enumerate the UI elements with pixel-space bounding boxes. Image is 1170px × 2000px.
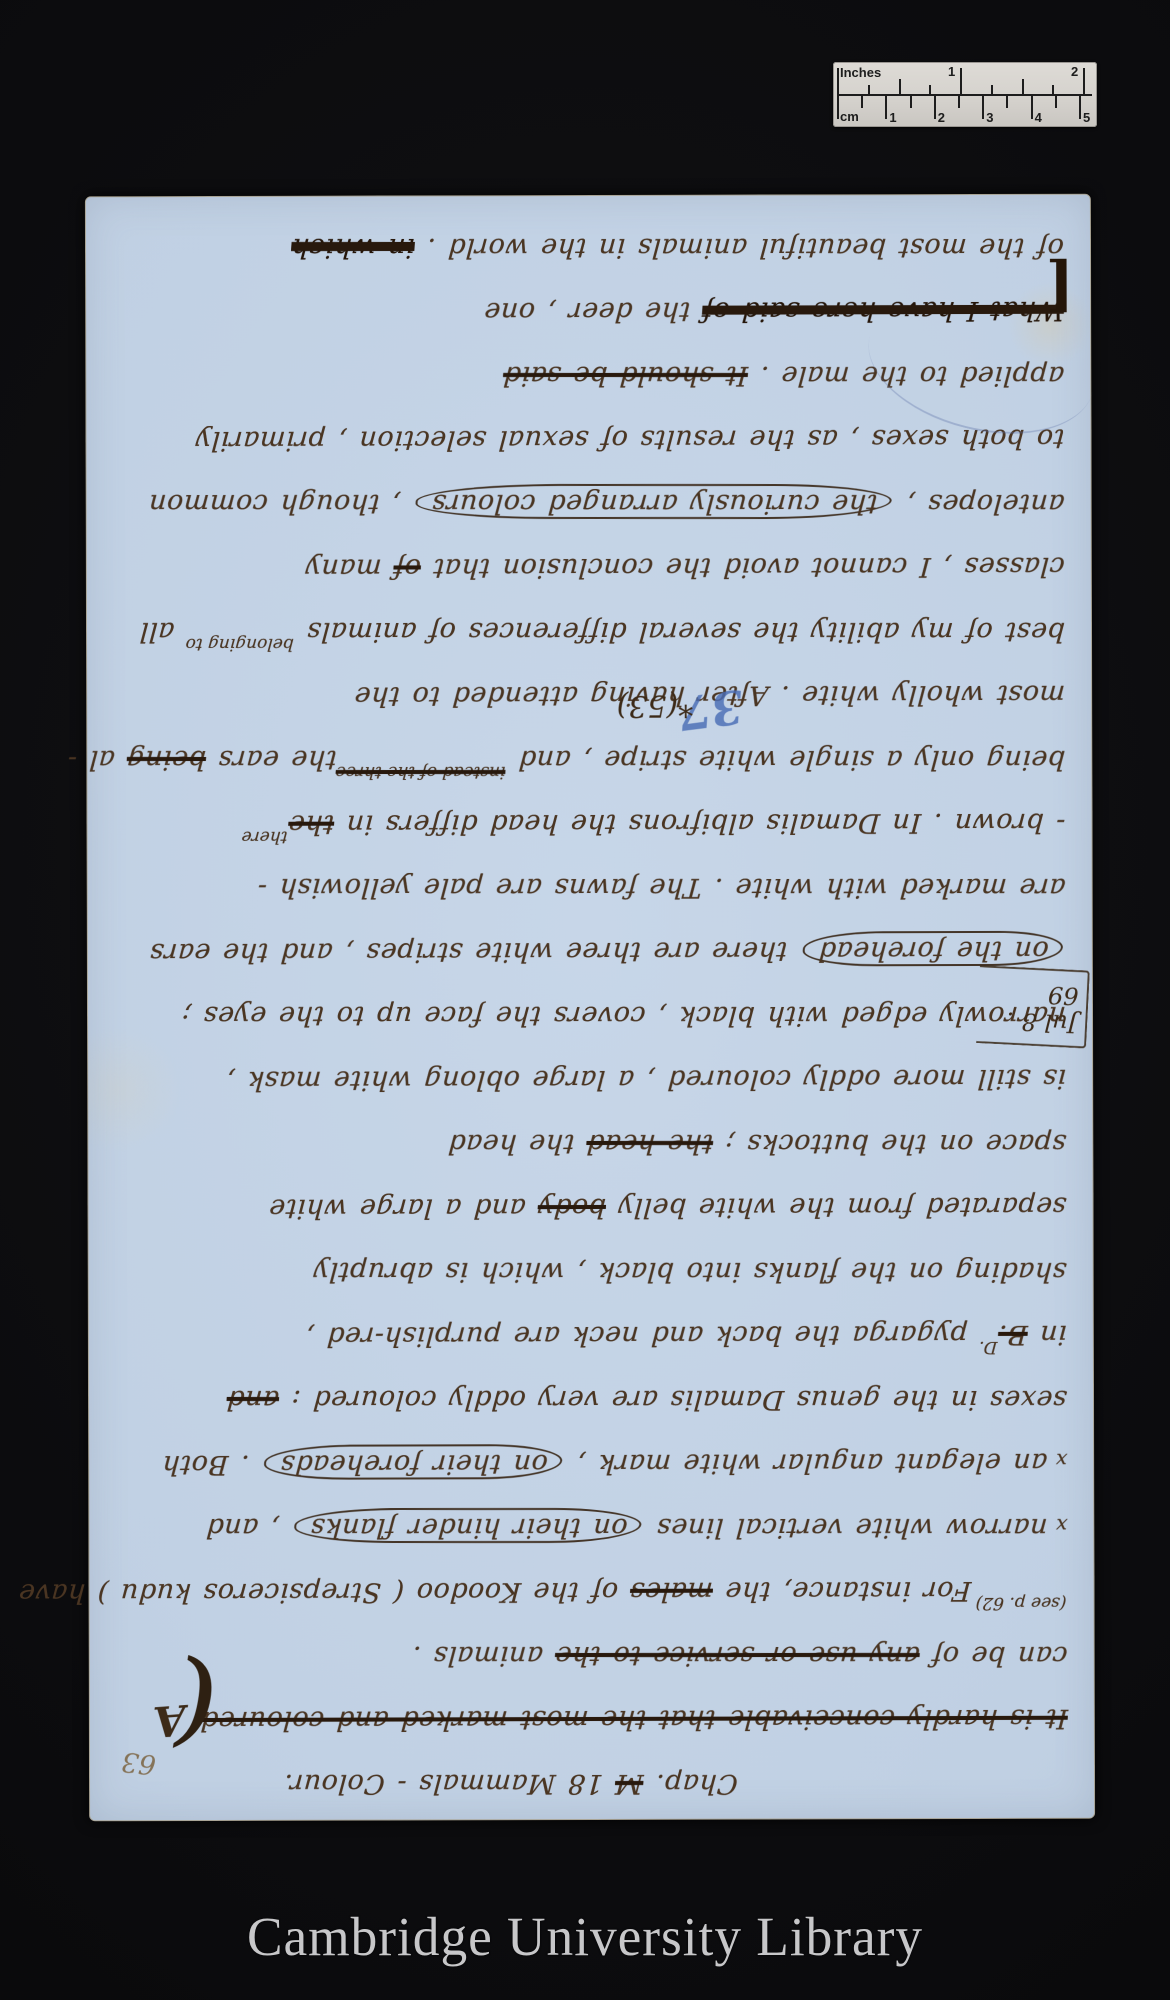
handwritten-line: antelopes , the curiously arranged colou… — [105, 469, 1067, 533]
handwritten-line: separated from the white belly body and … — [106, 1172, 1068, 1239]
folio-number: 63 — [120, 1745, 158, 1780]
ruler-inch-number: 1 — [948, 64, 955, 79]
ruler-cm-number: 4 — [1035, 110, 1042, 125]
handwritten-line: are marked with white . The fawns are pa… — [106, 853, 1068, 917]
handwritten-line: space on the buttocks ; the head the hea… — [106, 1109, 1068, 1173]
handwritten-line: on the forehead there are three white st… — [106, 916, 1068, 983]
ruler-midline — [837, 94, 1092, 96]
star-annotation: *(53) — [617, 688, 694, 723]
handwritten-line: (see p. 62) For instance, the males of t… — [107, 1556, 1069, 1623]
ruler-inches-label: Inches — [840, 65, 881, 80]
ink-paren-mark: ( — [168, 1645, 225, 1765]
photo-stage: Inches 1212345 cm Chap. M 18 Mammals - C… — [0, 0, 1170, 2000]
handwritten-line: being only a single white stripe , and i… — [105, 725, 1067, 789]
handwritten-line: sexes in the genus Damalis are very oddl… — [107, 1365, 1069, 1429]
handwritten-line: of the most beautiful animals in the wor… — [104, 213, 1066, 277]
ruler-cm-number: 3 — [986, 110, 993, 125]
opening-bracket-mark: [ — [1046, 252, 1075, 322]
ruler-inch-number: 2 — [1071, 64, 1078, 79]
ruler-cm-number: 1 — [889, 110, 896, 125]
handwritten-line: to both sexes , as the results of sexual… — [104, 404, 1066, 471]
manuscript-page: Chap. M 18 Mammals - Colour.It is hardly… — [85, 194, 1095, 1822]
manuscript-flipped-content: Chap. M 18 Mammals - Colour.It is hardly… — [86, 195, 1094, 1821]
handwritten-line: xan elegant angular white mark , on thei… — [107, 1428, 1069, 1495]
ruler-cm-label: cm — [840, 109, 859, 124]
handwritten-line: It is hardly conceivable that the most m… — [108, 1684, 1070, 1751]
handwritten-line: - brown . In Damalis albifrons the head … — [105, 788, 1067, 855]
handwritten-line: in B.D. pygarga the back and neck are pu… — [107, 1300, 1069, 1367]
ruler-scale-card: Inches 1212345 cm — [833, 62, 1097, 127]
handwritten-line: shading on the flanks into black , which… — [107, 1237, 1069, 1301]
handwritten-line: can be of any use or service to the anim… — [108, 1621, 1070, 1685]
handwritten-line: xnarrow white vertical lines on their hi… — [107, 1493, 1069, 1557]
ruler-cm-number: 5 — [1083, 110, 1090, 125]
handwritten-line: classes , I cannot avoid the conclusion … — [105, 532, 1067, 599]
corner-mark-a: (A — [148, 1645, 220, 1766]
handwritten-line: most wholly white . After having attende… — [105, 660, 1067, 727]
library-caption: Cambridge University Library — [18, 1905, 1153, 1968]
handwritten-line: is still more oddly coloured , a large o… — [106, 1044, 1068, 1111]
handwritten-line: narrowly edged with black , covers the f… — [106, 981, 1068, 1045]
handwritten-line: best of my ability the several differenc… — [105, 597, 1067, 661]
ruler-cm-number: 2 — [938, 110, 945, 125]
date-annotation: Jul 8 . 69 — [976, 965, 1090, 1048]
handwritten-lines: Chap. M 18 Mammals - Colour.It is hardly… — [106, 212, 1068, 1815]
handwritten-line: Chap. M 18 Mammals - Colour. — [108, 1749, 1070, 1813]
